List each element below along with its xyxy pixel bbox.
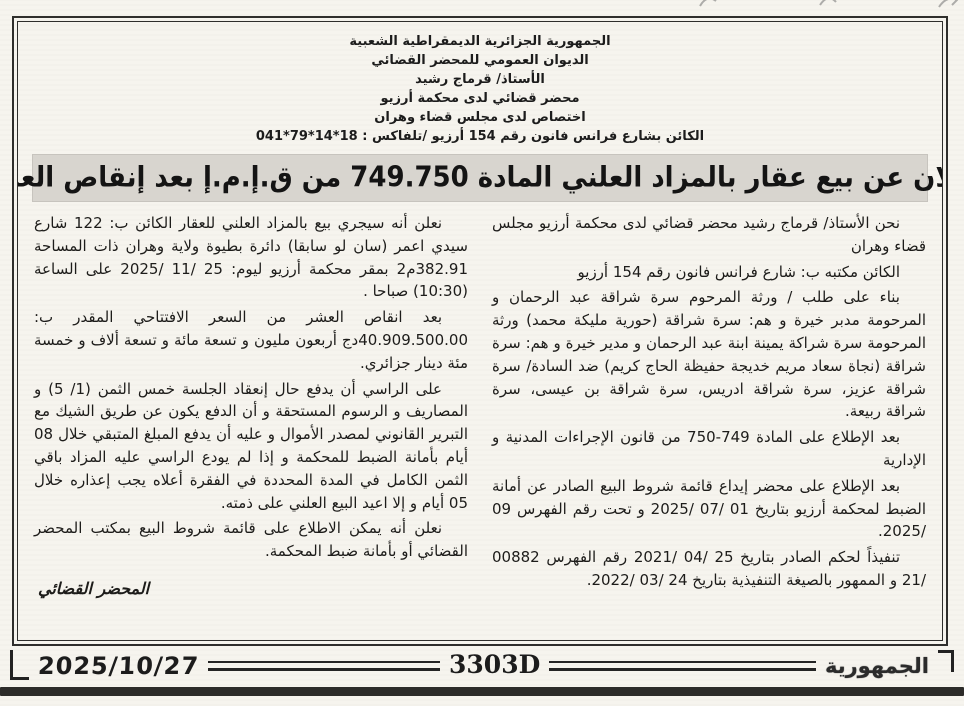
bailiff-signature: المحضر القضائي [34, 577, 468, 601]
announcement-frame-inner: الجمهورية الجزائرية الديمقراطية الشعبية … [17, 21, 943, 641]
scanned-newspaper-page: { "document": { "header_lines": [ "الجمه… [0, 0, 964, 706]
ad-reference-code: 3303D [449, 650, 540, 679]
letterhead-office-line: الديوان العمومي للمحضر القضائي [26, 51, 934, 70]
column-left: نعلن أنه سيجري بيع بالمزاد العلني للعقار… [34, 212, 468, 601]
scan-mark-icon [698, 0, 718, 10]
paragraph-bailiff-intro: نحن الأستاذ/ قرماج رشيد محضر قضائي لدى م… [492, 212, 926, 258]
corner-bracket-right-icon [938, 650, 954, 672]
announcement-title: إعلان عن بيع عقار بالمزاد العلني المادة … [17, 162, 943, 194]
paragraph-opening-price: بعد انقاص العشر من السعر الافتتاحي المقد… [34, 306, 468, 374]
scan-mark-icon [818, 0, 838, 10]
paragraph-judgment-ref: تنفيذاً لحكم الصادر بتاريخ 25 /04 /2021 … [492, 546, 926, 592]
scan-mark-icon [938, 0, 958, 10]
publication-date: 2025/10/27 [37, 652, 200, 680]
letterhead-address-fax-line: الكائن بشارع فرانس فانون رقم 154 أرزيو /… [26, 127, 934, 146]
paragraph-payment-terms: على الراسي أن يدفع حال إنعقاد الجلسة خمس… [34, 378, 468, 515]
letterhead-bailiff-name-line: الأستاذ/ قرماج رشيد [26, 70, 934, 89]
footer-rule-left [208, 661, 440, 671]
paragraph-consultation: نعلن أنه يمكن الاطلاع على قائمة شروط الب… [34, 517, 468, 563]
announcement-frame: الجمهورية الجزائرية الديمقراطية الشعبية … [12, 16, 948, 646]
body-columns: نحن الأستاذ/ قرماج رشيد محضر قضائي لدى م… [34, 212, 926, 601]
letterhead-court-line: محضر قضائي لدى محكمة أرزيو [26, 89, 934, 108]
footer-rule-right [549, 661, 816, 671]
scan-artifact-marks [698, 0, 958, 12]
paragraph-deposit-record: بعد الإطلاع على محضر إيداع قائمة شروط ال… [492, 475, 926, 543]
footer-row: 2025/10/27 3303D الجمهورية [10, 649, 954, 683]
bottom-scan-bar [0, 687, 964, 696]
title-banner: إعلان عن بيع عقار بالمزاد العلني المادة … [32, 154, 928, 202]
newspaper-logo: الجمهورية [825, 654, 929, 678]
paragraph-parties: بناء على طلب / ورثة المرحوم سرة شراقة عب… [492, 286, 926, 423]
letterhead-jurisdiction-line: اختصاص لدى مجلس قضاء وهران [26, 108, 934, 127]
corner-bracket-left-icon [10, 650, 29, 680]
paragraph-auction-details: نعلن أنه سيجري بيع بالمزاد العلني للعقار… [34, 212, 468, 303]
paragraph-legal-articles: بعد الإطلاع على المادة 749-750 من قانون … [492, 426, 926, 472]
column-right: نحن الأستاذ/ قرماج رشيد محضر قضائي لدى م… [492, 212, 926, 601]
letterhead-republic-line: الجمهورية الجزائرية الديمقراطية الشعبية [26, 32, 934, 51]
paragraph-office-address: الكائن مكتبه ب: شارع فرانس فانون رقم 154… [492, 261, 926, 284]
letterhead: الجمهورية الجزائرية الديمقراطية الشعبية … [26, 27, 934, 146]
